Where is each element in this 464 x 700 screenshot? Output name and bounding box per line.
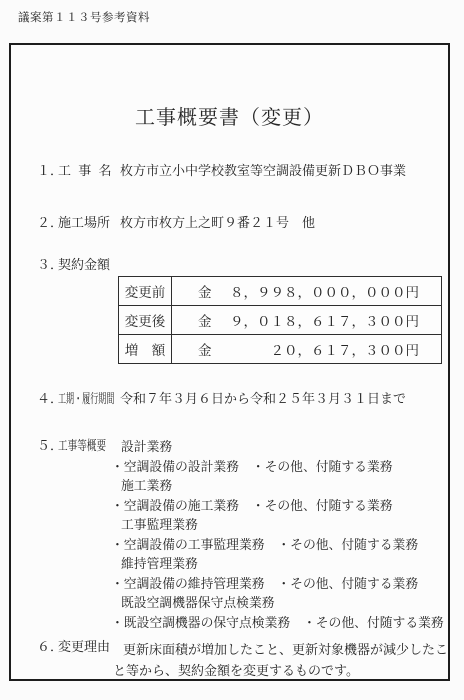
contract-row-label: 変更後 — [119, 306, 172, 334]
amount-prefix: 金 — [198, 281, 212, 301]
change-reason-line: 更新床面積が増加したこと、更新対象機器が減少したこ — [113, 639, 448, 660]
overview-category: 維持管理業務 — [111, 555, 444, 575]
overview-bullet: ・空調設備の工事監理業務 ・その他、付随する業務 — [111, 536, 444, 556]
contract-row-value: 金 ８，９９８，０００，０００円 — [172, 277, 441, 305]
change-reason-line: と等から、契約金額を変更するものです。 — [113, 660, 448, 681]
section-content: 令和７年３月６日から令和２５年３月３１日まで — [120, 391, 406, 407]
overview-category: 設計業務 — [111, 438, 444, 458]
section-label: 施工場所 — [58, 215, 110, 231]
section-content: 枚方市枚方上之町９番２１号 他 — [120, 215, 315, 231]
amount-value: ９，０１８，６１７，３００円 — [230, 310, 419, 330]
overview-category: 工事監理業務 — [111, 516, 444, 536]
scanned-document-page: 議案第１１３号参考資料 工事概要書（変更） １．工 事 名 枚方市立小中学校教室… — [0, 0, 464, 700]
section-label: 工期・履行期間 — [58, 391, 114, 407]
amount-value: ２０，６１７，３００円 — [271, 339, 420, 359]
overview-bullet: ・空調設備の施工業務 ・その他、付随する業務 — [111, 497, 444, 517]
section-contract-amount: ３．契約金額 — [37, 257, 444, 273]
section-construction-site: ２．施工場所 枚方市枚方上之町９番２１号 他 — [37, 215, 444, 231]
contract-amount-table: 変更前 金 ８，９９８，０００，０００円 変更後 金 ９，０１８，６１７，３００… — [118, 276, 442, 364]
overview-bullet: ・空調設備の設計業務 ・その他、付随する業務 — [111, 458, 444, 478]
overview-bullet: ・空調設備の維持管理業務 ・その他、付随する業務 — [111, 575, 444, 595]
section-label: 契約金額 — [58, 257, 110, 273]
contract-row-label: 増 額 — [119, 335, 172, 363]
section-label: 変更理由 — [58, 639, 110, 655]
change-reason-text: 更新床面積が増加したこと、更新対象機器が減少したこ と等から、契約金額を変更する… — [113, 639, 448, 681]
contract-row-before-change: 変更前 金 ８，９９８，０００，０００円 — [119, 277, 441, 305]
contract-row-after-change: 変更後 金 ９，０１８，６１７，３００円 — [119, 305, 441, 334]
section-construction-name: １．工 事 名 枚方市立小中学校教室等空調設備更新ＤＢＯ事業 — [37, 163, 444, 179]
section-content: 枚方市立小中学校教室等空調設備更新ＤＢＯ事業 — [120, 163, 406, 179]
contract-row-increase: 増 額 金 ２０，６１７，３００円 — [119, 334, 441, 363]
amount-value: ８，９９８，０００，０００円 — [230, 281, 419, 301]
overview-bullet: ・既設空調機器の保守点検業務 ・その他、付随する業務 — [111, 614, 444, 634]
contract-row-value: 金 ２０，６１７，３００円 — [172, 335, 441, 363]
section-label: 工事等概要 — [58, 438, 106, 454]
document-reference-note: 議案第１１３号参考資料 — [18, 9, 150, 25]
work-overview-list: 設計業務 ・空調設備の設計業務 ・その他、付随する業務 施工業務 ・空調設備の施… — [111, 438, 444, 633]
section-construction-period: ４．工期・履行期間 令和７年３月６日から令和２５年３月３１日まで — [37, 391, 444, 407]
contract-row-label: 変更前 — [119, 277, 172, 305]
contract-row-value: 金 ９，０１８，６１７，３００円 — [172, 306, 441, 334]
amount-prefix: 金 — [198, 339, 212, 359]
document-frame: 工事概要書（変更） １．工 事 名 枚方市立小中学校教室等空調設備更新ＤＢＯ事業… — [9, 43, 450, 681]
amount-prefix: 金 — [198, 310, 212, 330]
overview-category: 施工業務 — [111, 477, 444, 497]
section-label: 工 事 名 — [58, 163, 112, 179]
overview-category: 既設空調機器保守点検業務 — [111, 594, 444, 614]
document-title: 工事概要書（変更） — [11, 101, 448, 130]
